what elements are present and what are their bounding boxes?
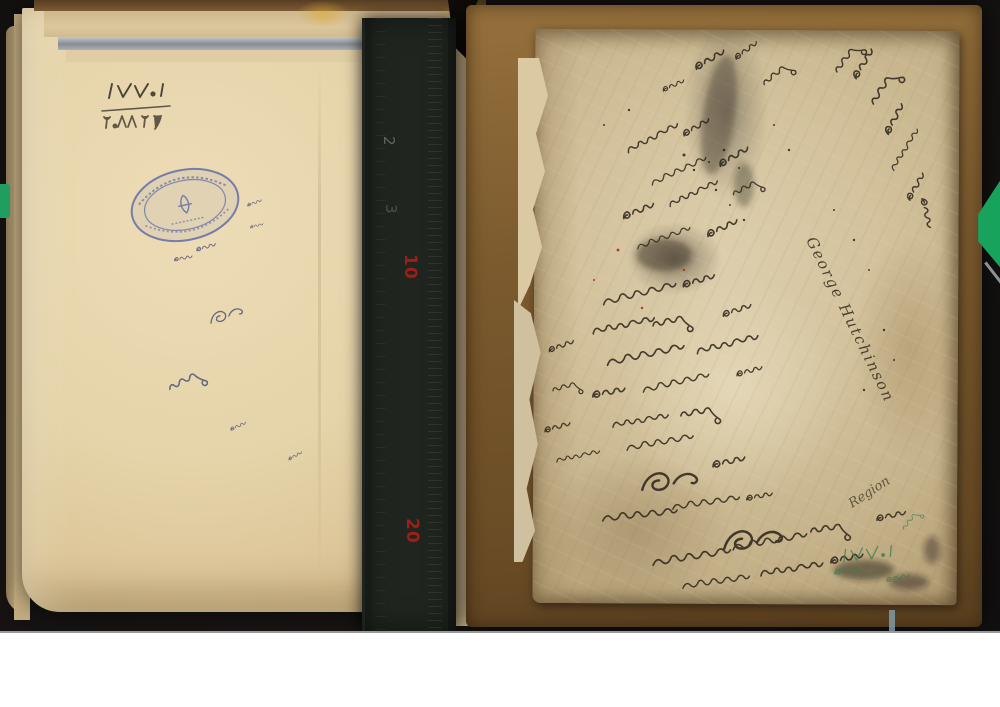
ruler-label-3: 3 (382, 204, 400, 214)
ruler-label-2: 2 (380, 136, 398, 146)
right-page-handwriting: George Hutchinson Region (534, 30, 958, 604)
ruler-label-20: 20 (402, 518, 422, 544)
library-stamp (125, 160, 245, 251)
stamp-bottom-text: ١٣٠٢ هجری (0, 631, 1, 632)
call-number-top-text: ١٧٧٠١ (0, 631, 1, 632)
call-number-bottom-text: ٢٠٨٨٢٦ (0, 631, 1, 632)
call-number-divider (102, 106, 170, 111)
stamp-top-text: کتابخانه مجلس شورای اسلامی (0, 631, 1, 632)
green-tab-left (0, 184, 10, 218)
screenshot-stage: George Hutchinson Region 10 20 2 3 ١٧٧٠١… (0, 0, 1000, 707)
manuscript-photo: George Hutchinson Region 10 20 2 3 ١٧٧٠١… (0, 0, 1000, 633)
persian-handwriting (544, 40, 932, 588)
gray-diagonal-line (984, 262, 1000, 286)
green-number-text: ١٧٧٠١ (0, 631, 1, 632)
ink-stains (636, 53, 940, 590)
latin-cursive-word: Region (845, 474, 893, 512)
teal-strip (889, 610, 895, 631)
latin-cursive-inscription: George Hutchinson (802, 234, 898, 405)
ruler-label-10: 10 (400, 254, 420, 280)
